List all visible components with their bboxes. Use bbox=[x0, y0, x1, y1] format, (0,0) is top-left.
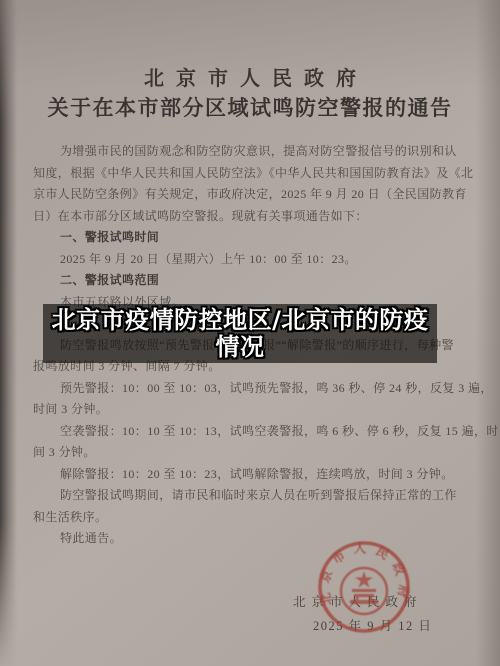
body-line: 解除警报：10：20 至 10：23，试鸣解除警报，连续鸣放，时间 3 分钟。 bbox=[33, 464, 469, 486]
body-line: 日）在本市部分区域试鸣防空警报。现就有关事项通告如下： bbox=[33, 206, 469, 228]
government-seal-icon: 北京市人民政府 bbox=[299, 522, 429, 652]
authority-title: 北京市人民政府 bbox=[0, 62, 500, 91]
section-heading-1: 一、警报试鸣时间 bbox=[33, 227, 469, 249]
notice-title: 关于在本市部分区域试鸣防空警报的通告 bbox=[0, 92, 500, 122]
caption-line-2: 情况 bbox=[216, 334, 265, 361]
body-line: 京市人民防空条例》有关规定，市政府决定，2025 年 9 月 20 日（全民国防… bbox=[33, 184, 469, 206]
body-line: 2025 年 9 月 20 日（星期六）上午 10：00 至 10：23。 bbox=[33, 249, 469, 271]
body-line: 预先警报：10：00 至 10：03，试鸣预先警报，鸣 36 秒、停 24 秒，… bbox=[33, 378, 469, 400]
video-caption-overlay: 北京市疫情防控地区/北京市的防疫 情况 bbox=[43, 304, 437, 363]
body-line: 空袭警报：10：10 至 10：13，试鸣空袭警报，鸣 6 秒、停 6 秒，反复… bbox=[33, 421, 469, 443]
body-line: 为增强市民的国防观念和防空防灾意识，提高对防空警报信号的识别和认 bbox=[33, 141, 469, 163]
body-line: 防空警报试鸣期间，请市民和临时来京人员在听到警报后保持正常的工作 bbox=[33, 485, 469, 507]
section-heading-2: 二、警报试鸣范围 bbox=[33, 270, 469, 292]
body-line: 间 3 分钟。 bbox=[33, 442, 469, 464]
caption-line-1: 北京市疫情防控地区/北京市的防疫 bbox=[52, 307, 429, 334]
body-line: 时间 3 分钟。 bbox=[33, 399, 469, 421]
body-line: 知度，根据《中华人民共和国人民防空法》《中华人民共和国国防教育法》及《北 bbox=[33, 163, 469, 185]
national-emblem-icon bbox=[341, 568, 387, 614]
